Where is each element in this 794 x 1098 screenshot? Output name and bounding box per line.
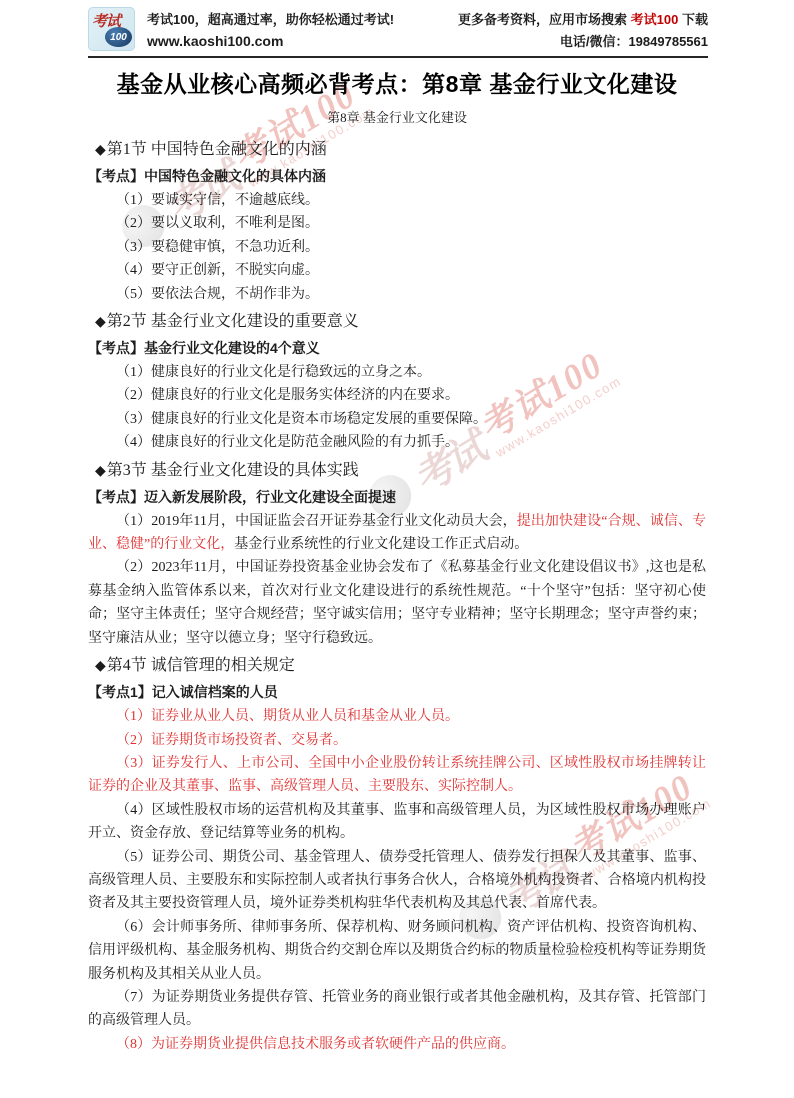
keypoint-heading: 【考点】中国特色金融文化的具体内涵 [88,164,706,188]
text-run: 第4节 诚信管理的相关规定 [107,657,295,674]
header-promo: 更多备考资料，应用市场搜索 考试100 下载 [458,9,708,31]
document-body: 基金从业核心高频必背考点：第8章 基金行业文化建设 第8章 基金行业文化建设 ◆… [88,68,706,1056]
text-run-red: （1）证券业从业人员、期货从业人员和基金从业人员。 [116,709,459,724]
text-run: 【考点】基金行业文化建设的4个意义 [88,340,320,356]
diamond-bullet-icon: ◆ [95,659,106,674]
paragraph: （3）证券发行人、上市公司、全国中小企业股份转让系统挂牌公司、区域性股权市场挂牌… [88,752,706,799]
diamond-bullet-icon: ◆ [95,464,106,479]
text-run: （5）证券公司、期货公司、基金管理人、债券受托管理人、债券发行担保人及其董事、监… [88,850,706,912]
header-contact: 电话/微信：19849785561 [458,31,708,53]
paragraph: （1）健康良好的行业文化是行稳致远的立身之本。 [88,361,706,384]
paragraph: （4）区域性股权市场的运营机构及其董事、监事和高级管理人员，为区域性股权市场办理… [88,799,706,846]
section-heading: ◆第2节 基金行业文化建设的重要意义 [88,309,706,335]
text-run: （3）健康良好的行业文化是资本市场稳定发展的重要保障。 [116,412,487,427]
paragraph: （4）健康良好的行业文化是防范金融风险的有力抓手。 [88,431,706,454]
paragraph: （2）证券期货市场投资者、交易者。 [88,729,706,752]
text-run: （5）要依法合规，不胡作非为。 [116,287,319,302]
text-run-red: （3）证券发行人、上市公司、全国中小企业股份转让系统挂牌公司、区域性股权市场挂牌… [88,756,706,794]
header-divider [88,56,708,58]
document-page: 考试 考试100 www.kaoshi100.com 考试 考试100 www.… [0,0,794,1098]
section-heading: ◆第4节 诚信管理的相关规定 [88,653,706,679]
paragraph: （3）健康良好的行业文化是资本市场稳定发展的重要保障。 [88,408,706,431]
section-heading: ◆第1节 中国特色金融文化的内涵 [88,137,706,163]
chapter-subtitle: 第8章 基金行业文化建设 [88,110,706,126]
text-run: （2）2023年11月，中国证券投资基金业协会发布了《私募基金行业文化建设倡议书… [88,560,706,645]
paragraph: （2）要以义取利，不唯利是图。 [88,212,706,235]
page-header: 考试 100 考试100，超高通过率，助你轻松通过考试! www.kaoshi1… [88,7,708,53]
header-website: www.kaoshi100.com [147,30,394,52]
text-run: （6）会计师事务所、律师事务所、保荐机构、财务顾问机构、资产评估机构、投资咨询机… [88,920,706,982]
paragraph: （3）要稳健审慎，不急功近利。 [88,236,706,259]
keypoint-heading: 【考点】基金行业文化建设的4个意义 [88,336,706,360]
text-run: （4）区域性股权市场的运营机构及其董事、监事和高级管理人员，为区域性股权市场办理… [88,803,706,841]
text-run-red: （2）证券期货市场投资者、交易者。 [116,733,347,748]
keypoint-heading: 【考点1】记入诚信档案的人员 [88,680,706,704]
text-run: 【考点】中国特色金融文化的具体内涵 [88,168,326,184]
paragraph: （5）要依法合规，不胡作非为。 [88,283,706,306]
paragraph: （2）健康良好的行业文化是服务实体经济的内在要求。 [88,384,706,407]
diamond-bullet-icon: ◆ [95,143,106,158]
kaoshi100-logo: 考试 100 [88,7,135,51]
paragraph: （4）要守正创新，不脱实向虚。 [88,259,706,282]
text-run: 第1节 中国特色金融文化的内涵 [107,141,327,158]
diamond-bullet-icon: ◆ [95,315,106,330]
content-blocks: ◆第1节 中国特色金融文化的内涵【考点】中国特色金融文化的具体内涵（1）要诚实守… [88,137,706,1056]
paragraph: （7）为证券期货业务提供存管、托管业务的商业银行或者其他金融机构，及其存管、托管… [88,986,706,1033]
header-promo-brand: 考试100 [631,12,679,27]
header-slogan: 考试100，超高通过率，助你轻松通过考试! [147,9,394,30]
text-run: （4）要守正创新，不脱实向虚。 [116,263,319,278]
paragraph: （6）会计师事务所、律师事务所、保荐机构、财务顾问机构、资产评估机构、投资咨询机… [88,916,706,986]
paragraph: （1）要诚实守信，不逾越底线。 [88,189,706,212]
text-run: （7）为证券期货业务提供存管、托管业务的商业银行或者其他金融机构，及其存管、托管… [88,990,706,1028]
text-run: （2）要以义取利，不唯利是图。 [116,216,319,231]
logo-100-badge: 100 [105,27,132,47]
paragraph: （1）2019年11月，中国证监会召开证券基金行业文化动员大会，提出加快建设“合… [88,510,706,557]
text-run: 【考点】迈入新发展阶段，行业文化建设全面提速 [88,489,396,505]
text-run: （1）健康良好的行业文化是行稳致远的立身之本。 [116,365,431,380]
paragraph: （5）证券公司、期货公司、基金管理人、债券受托管理人、债券发行担保人及其董事、监… [88,846,706,916]
text-run: 【考点1】记入诚信档案的人员 [88,684,278,700]
keypoint-heading: 【考点】迈入新发展阶段，行业文化建设全面提速 [88,485,706,509]
text-run: （1）2019年11月，中国证监会召开证券基金行业文化动员大会， [116,514,517,529]
text-run: 第2节 基金行业文化建设的重要意义 [107,313,359,330]
page-title: 基金从业核心高频必背考点：第8章 基金行业文化建设 [88,68,706,100]
text-run: 第3节 基金行业文化建设的具体实践 [107,462,359,479]
section-heading: ◆第3节 基金行业文化建设的具体实践 [88,458,706,484]
text-run: （4）健康良好的行业文化是防范金融风险的有力抓手。 [116,435,459,450]
text-run: （3）要稳健审慎，不急功近利。 [116,240,319,255]
paragraph: （1）证券业从业人员、期货从业人员和基金从业人员。 [88,705,706,728]
paragraph: （2）2023年11月，中国证券投资基金业协会发布了《私募基金行业文化建设倡议书… [88,556,706,650]
text-run: 基金行业系统性的行业文化建设工作正式启动。 [234,537,528,552]
paragraph: （8）为证券期货业提供信息技术服务或者软硬件产品的供应商。 [88,1033,706,1056]
text-run: （2）健康良好的行业文化是服务实体经济的内在要求。 [116,388,459,403]
text-run: （1）要诚实守信，不逾越底线。 [116,193,319,208]
text-run-red: （8）为证券期货业提供信息技术服务或者软硬件产品的供应商。 [116,1037,515,1052]
